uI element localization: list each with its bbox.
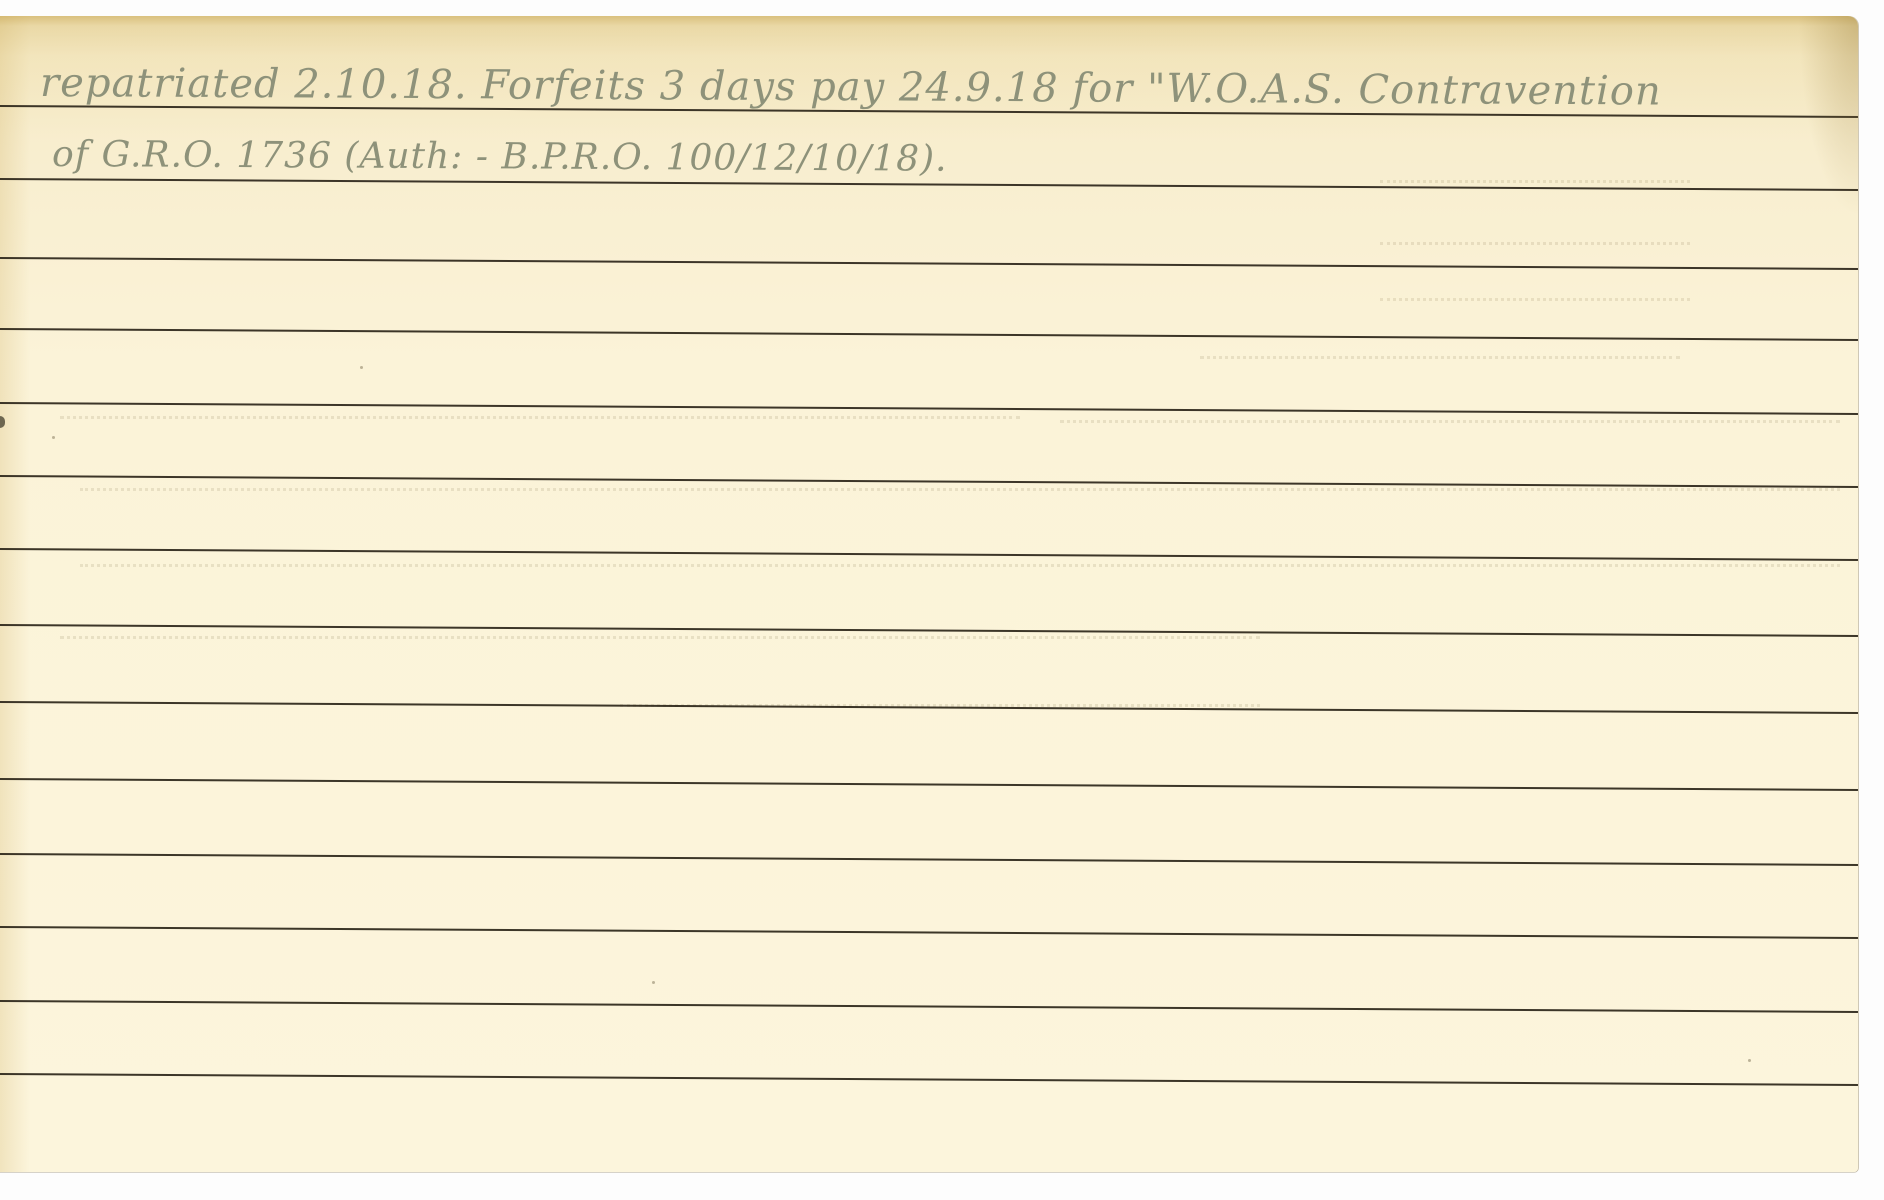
- showthrough-dots: [1380, 180, 1690, 183]
- paper-speck: [1748, 1059, 1751, 1062]
- showthrough-dots: [60, 416, 1020, 419]
- ruled-line: [0, 853, 1858, 866]
- showthrough-dots: [80, 488, 1840, 491]
- paper-speck: [652, 981, 655, 984]
- ruled-line: [0, 328, 1858, 341]
- edge-mark: [0, 416, 5, 428]
- showthrough-dots: [1060, 420, 1840, 423]
- ruled-line: [0, 701, 1858, 714]
- ruled-line: [0, 548, 1858, 561]
- ruled-line: [0, 926, 1858, 939]
- page-background: repatriated 2.10.18. Forfeits 3 days pay…: [0, 0, 1884, 1200]
- ruled-line: [0, 475, 1858, 488]
- paper-speck: [360, 366, 363, 369]
- ruled-line: [0, 257, 1858, 270]
- showthrough-dots: [60, 636, 1260, 639]
- showthrough-dots: [80, 564, 1840, 567]
- showthrough-dots: [1200, 356, 1680, 359]
- index-card: repatriated 2.10.18. Forfeits 3 days pay…: [0, 16, 1858, 1172]
- handwritten-note-line-1: repatriated 2.10.18. Forfeits 3 days pay…: [40, 60, 1662, 114]
- showthrough-dots: [1380, 298, 1690, 301]
- showthrough-dots: [1380, 242, 1690, 245]
- ruled-line: [0, 402, 1858, 415]
- ruled-line: [0, 1073, 1858, 1086]
- ruled-line: [0, 778, 1858, 791]
- handwritten-note-line-2: of G.R.O. 1736 (Auth: - B.P.R.O. 100/12/…: [52, 134, 948, 180]
- ruled-line: [0, 1000, 1858, 1013]
- paper-speck: [52, 436, 55, 439]
